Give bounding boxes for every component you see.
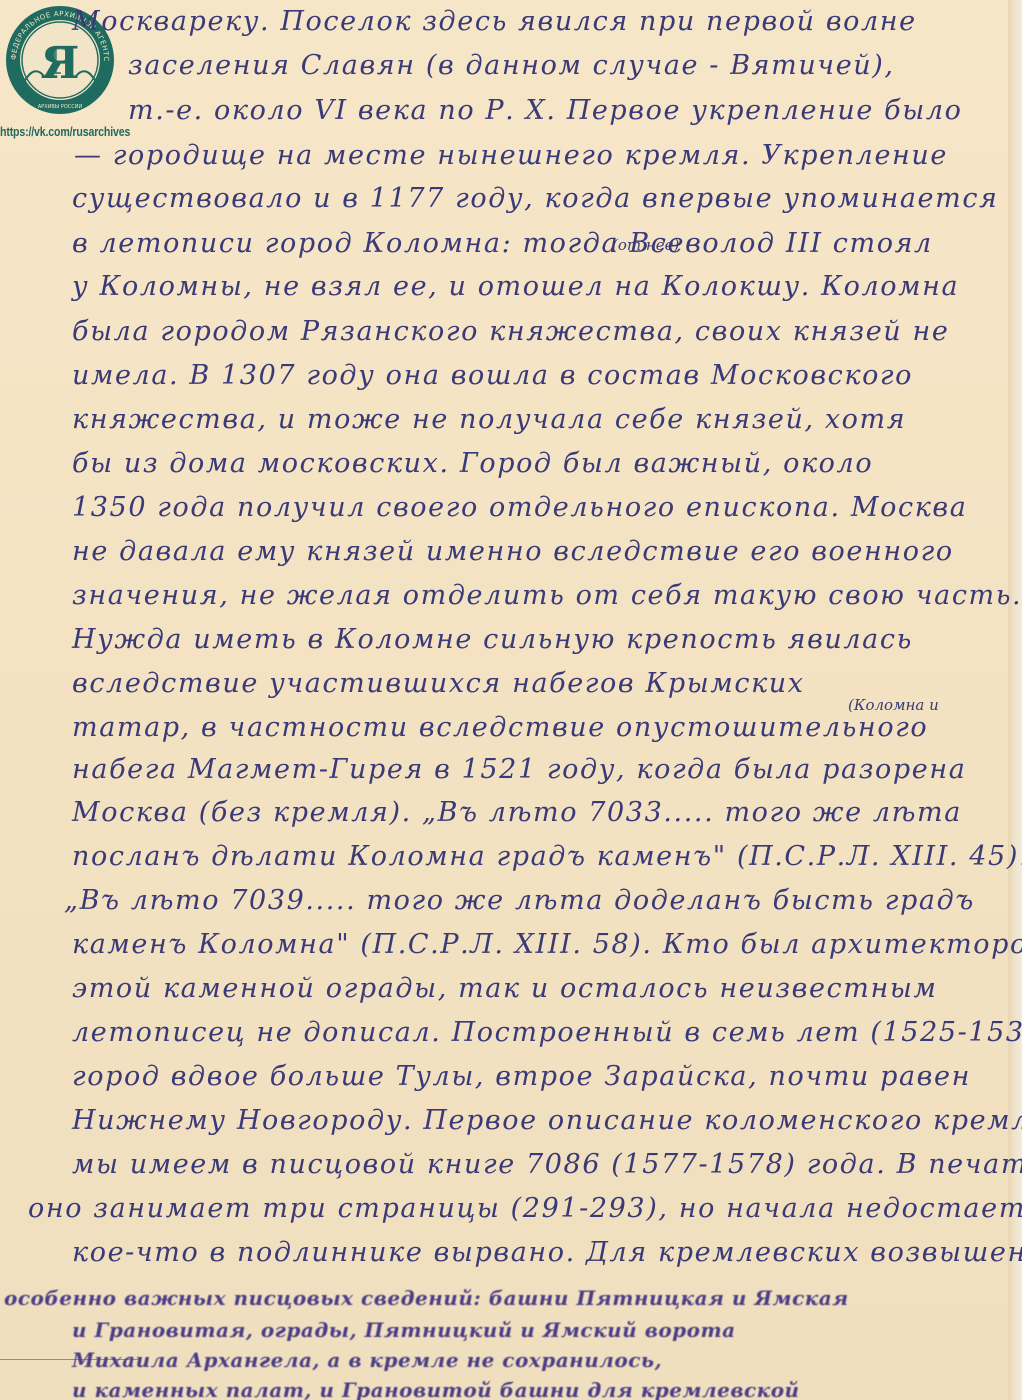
text-line: Москвареку. Поселок здесь явился при пер… xyxy=(72,6,917,37)
text-line: княжества, и тоже не получала себе князе… xyxy=(72,404,906,435)
text-line: кое-что в подлиннике вырвано. Для кремле… xyxy=(72,1237,1022,1268)
svg-text:АРХИВЫ РОССИИ: АРХИВЫ РОССИИ xyxy=(38,104,83,110)
text-line-faded: и каменных палат, и Грановитой башни для… xyxy=(72,1378,800,1400)
text-line: была городом Рязанского княжества, своих… xyxy=(72,316,949,347)
text-line: заселения Славян (в данном случае - Вяти… xyxy=(128,50,895,81)
text-line: значения, не желая отделить от себя таку… xyxy=(72,580,1022,611)
text-line: город вдвое больше Тулы, втрое Зарайска,… xyxy=(72,1061,971,1092)
text-line: Нужда иметь в Коломне сильную крепость я… xyxy=(72,624,913,655)
text-line: бы из дома московских. Город был важный,… xyxy=(72,448,873,479)
text-line: каменъ Коломна" (П.С.Р.Л. XIII. 58). Кто… xyxy=(72,929,1022,960)
text-line-faded: особенно важных писцовых сведений: башни… xyxy=(4,1286,849,1310)
text-line: т.-е. около VI века по Р. Х. Первое укре… xyxy=(128,95,963,126)
text-line: „Въ лѣто 7039..... того же лѣта доделанъ… xyxy=(64,885,975,916)
text-line: у Коломны, не взял ее, и отошел на Колок… xyxy=(72,271,959,302)
page-edge xyxy=(1008,0,1022,1400)
text-line-faded: и Грановитая, ограды, Пятницкий и Ямский… xyxy=(72,1318,736,1342)
text-line: летописец не дописал. Построенный в семь… xyxy=(72,1017,1022,1048)
text-line: — городище на месте нынешнего кремля. Ук… xyxy=(74,140,948,171)
text-line: набега Магмет-Гирея в 1521 году, когда б… xyxy=(72,754,966,785)
text-line: существовало и в 1177 году, когда впервы… xyxy=(72,183,999,214)
interlinear-insertion: (Коломна и xyxy=(848,696,939,714)
text-line: этой каменной ограды, так и осталось неи… xyxy=(72,973,937,1004)
text-line: Москва (без кремля). „Въ лѣто 7033..... … xyxy=(72,797,962,828)
svg-text:Р: Р xyxy=(48,42,72,83)
text-line: мы имеем в писцовой книге 7086 (1577-157… xyxy=(72,1149,1022,1180)
text-line: оно занимает три страницы (291-293), но … xyxy=(28,1193,1022,1224)
text-line: Нижнему Новгороду. Первое описание колом… xyxy=(72,1105,1022,1136)
text-line: имела. В 1307 году она вошла в состав Мо… xyxy=(72,360,913,391)
text-line-faded: Михаила Архангела, а в кремле не сохрани… xyxy=(72,1348,662,1372)
text-line: в летописи город Коломна: тогда Всеволод… xyxy=(72,228,933,259)
text-line: посланъ дѣлати Коломна градъ каменъ" (П.… xyxy=(72,841,1022,872)
text-line: 1350 года получил своего отдельного епис… xyxy=(72,492,967,523)
text-line: вследствие участившихся набегов Крымских xyxy=(72,668,805,699)
archive-url-link[interactable]: https://vk.com/rusarchives xyxy=(0,125,130,139)
interlinear-insertion: (от нее) xyxy=(612,236,679,254)
text-line: татар, в частности вследствие опустошите… xyxy=(72,712,928,743)
text-line: не давала ему князей именно вследствие е… xyxy=(72,536,954,567)
